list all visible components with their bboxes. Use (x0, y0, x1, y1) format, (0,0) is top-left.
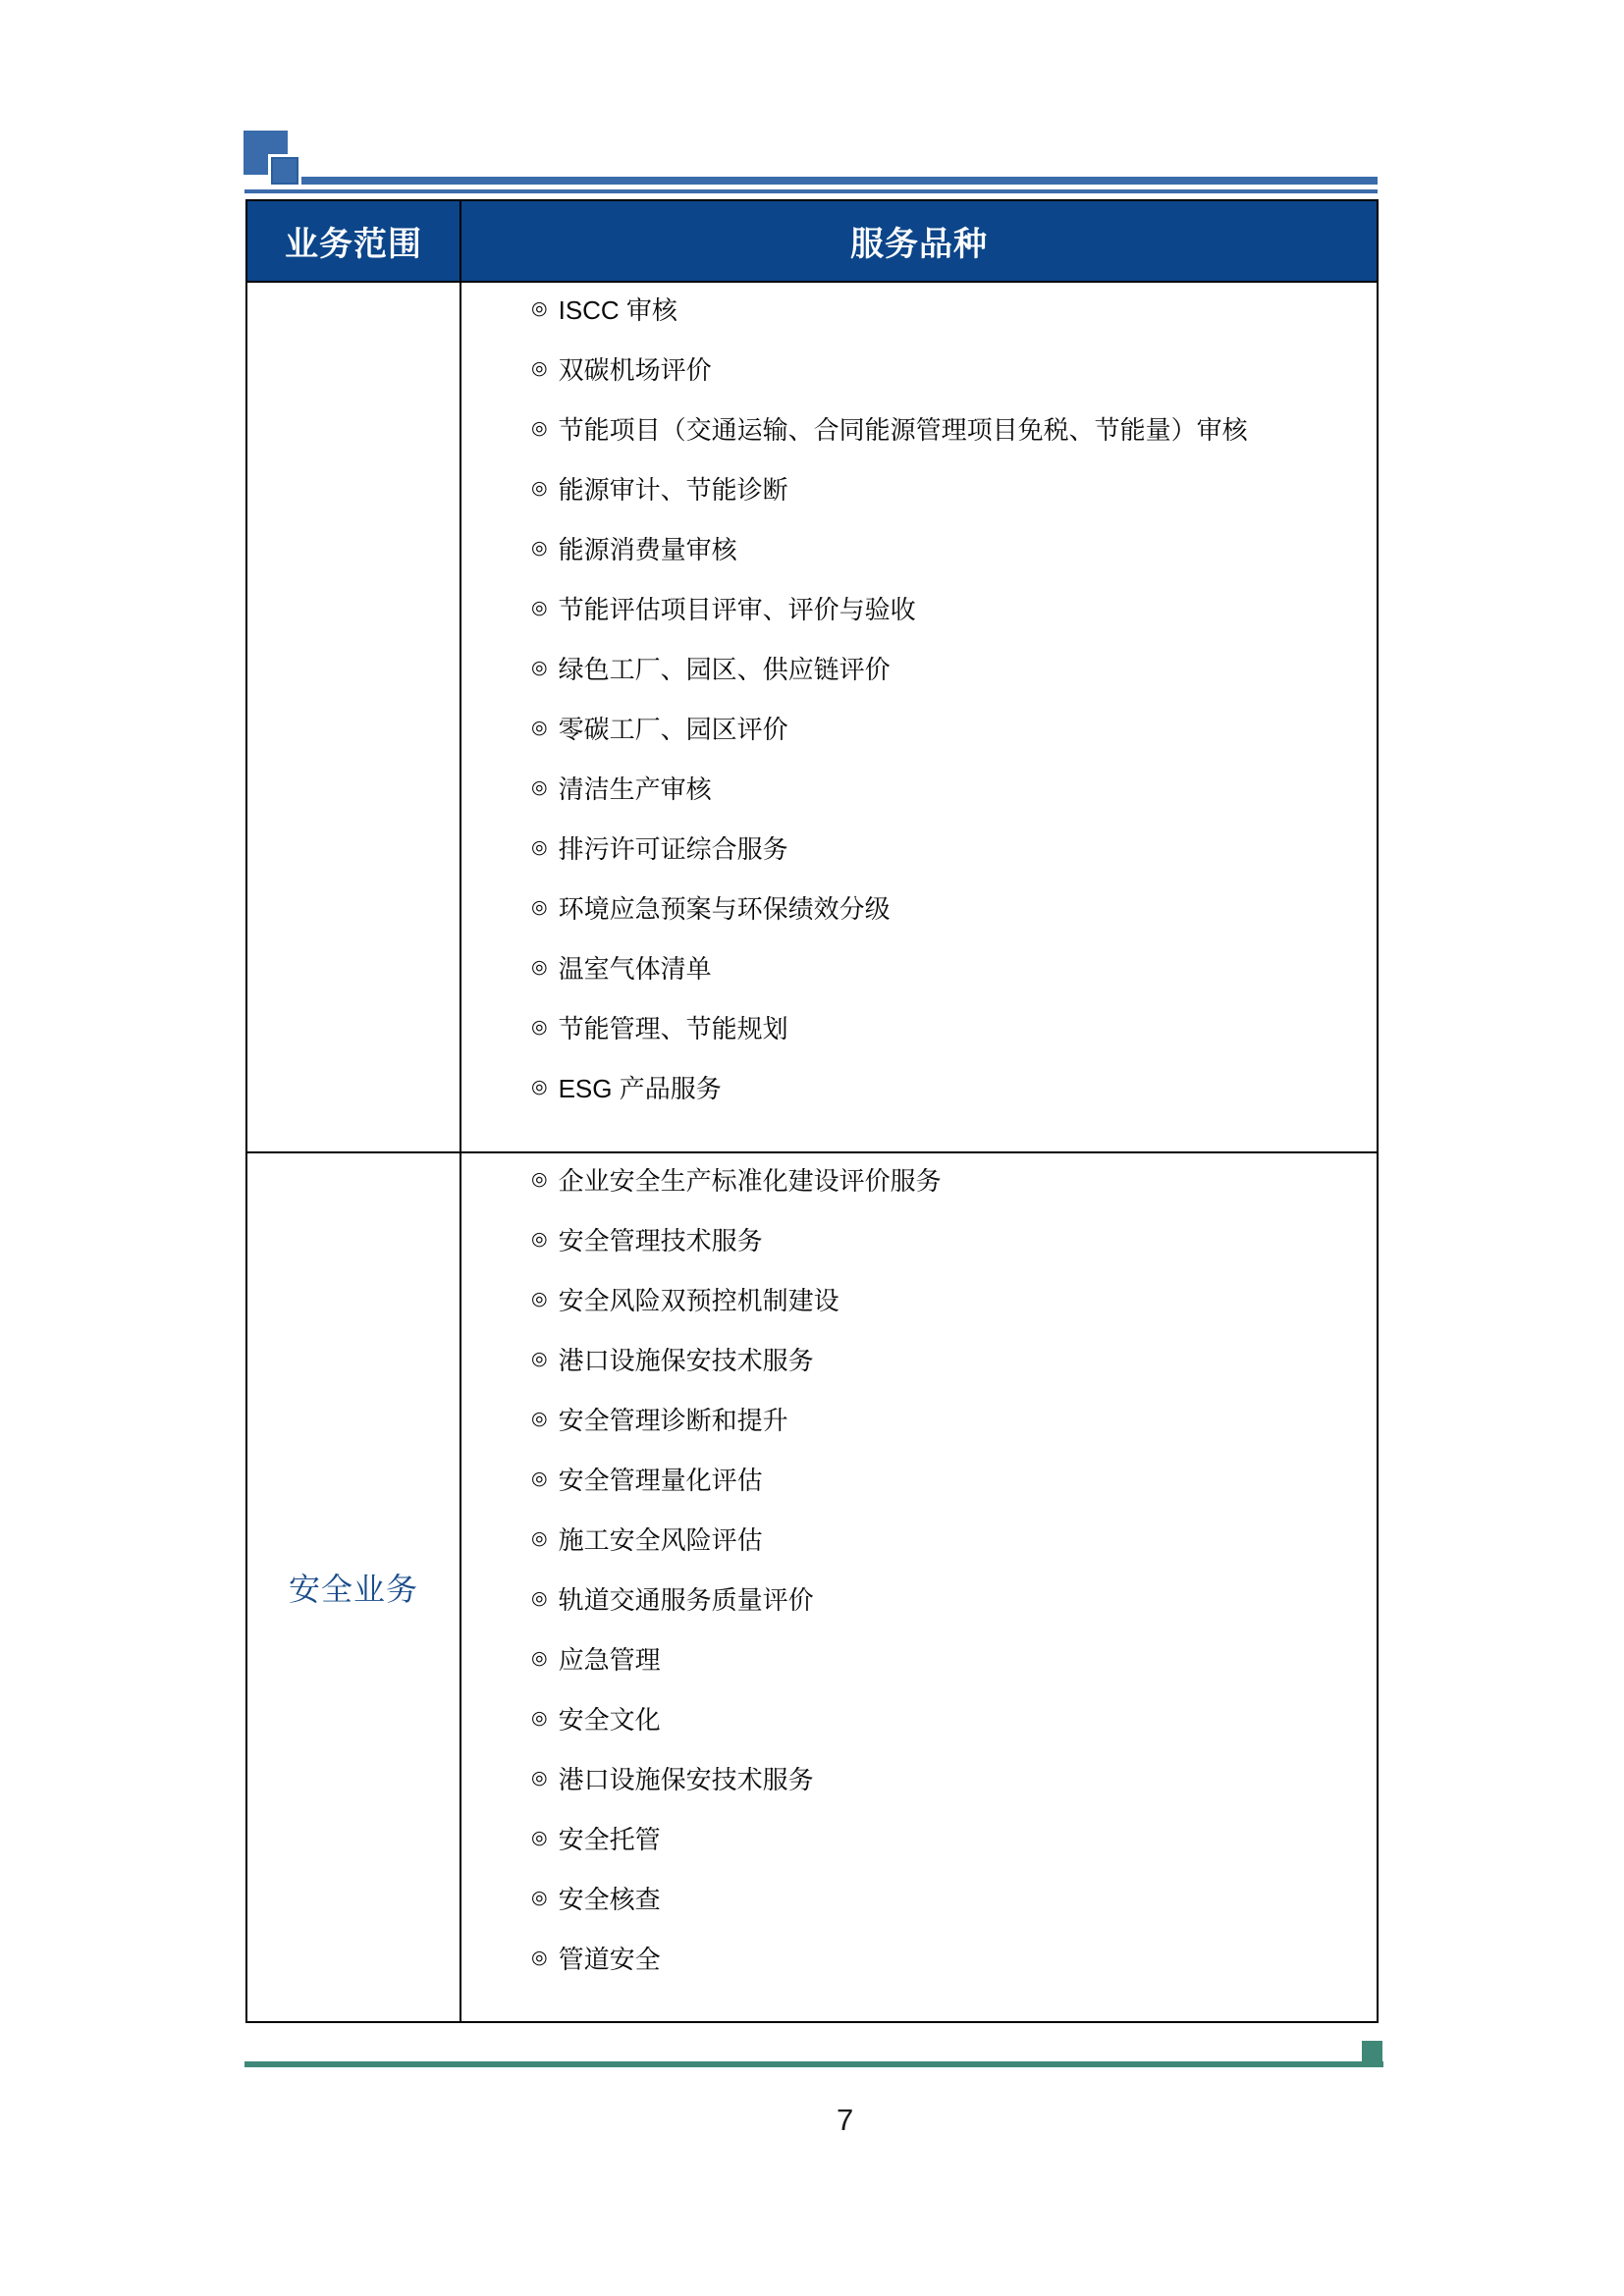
bullet-icon: ◎ (531, 475, 548, 502)
list-item-text: ISCC 审核 (559, 291, 677, 327)
bullet-icon: ◎ (531, 595, 548, 621)
list-item-text: 安全管理技术服务 (559, 1221, 763, 1257)
service-list-energy: ◎ ISCC 审核 ◎ 双碳机场评价 ◎ 节能项目（交通运输、合同能源管理项目免… (461, 283, 1377, 1151)
list-item: ◎ 清洁生产审核 (531, 774, 1367, 801)
list-item: ◎ 安全管理诊断和提升 (531, 1406, 1367, 1432)
list-item: ◎ 企业安全生产标准化建设评价服务 (531, 1166, 1367, 1193)
header-service-type: 服务品种 (461, 201, 1377, 281)
bullet-icon: ◎ (531, 1765, 548, 1791)
service-list-safety: ◎ 企业安全生产标准化建设评价服务 ◎ 安全管理技术服务 ◎ 安全风险双预控机制… (461, 1153, 1377, 2021)
list-item: ◎ 安全文化 (531, 1705, 1367, 1732)
list-item-text: 港口设施保安技术服务 (559, 1341, 814, 1377)
list-item: ◎ 港口设施保安技术服务 (531, 1765, 1367, 1791)
list-item-text: 双碳机场评价 (559, 350, 712, 387)
list-item: ◎ 双碳机场评价 (531, 355, 1367, 382)
list-item: ◎ 港口设施保安技术服务 (531, 1346, 1367, 1372)
bullet-icon: ◎ (531, 295, 548, 322)
services-table: 业务范围 服务品种 ◎ ISCC 审核 ◎ 双碳机场评价 (245, 199, 1379, 2023)
list-item: ◎ 绿色工厂、园区、供应链评价 (531, 655, 1367, 681)
list-item: ◎ 安全核查 (531, 1885, 1367, 1911)
list-item-text: 管道安全 (559, 1940, 661, 1976)
bullet-icon: ◎ (531, 1406, 548, 1432)
list-item-text: 绿色工厂、园区、供应链评价 (559, 650, 891, 686)
list-item: ◎ 安全风险双预控机制建设 (531, 1286, 1367, 1312)
list-item: ◎ 能源消费量审核 (531, 535, 1367, 561)
bullet-icon: ◎ (531, 1286, 548, 1312)
list-item: ◎ 节能项目（交通运输、合同能源管理项目免税、节能量）审核 (531, 415, 1367, 442)
bullet-icon: ◎ (531, 1346, 548, 1372)
bullet-icon: ◎ (531, 655, 548, 681)
list-item-text: 能源审计、节能诊断 (559, 470, 788, 507)
bullet-icon: ◎ (531, 1585, 548, 1612)
list-item-text: 安全托管 (559, 1820, 661, 1856)
list-item: ◎ 安全管理技术服务 (531, 1226, 1367, 1253)
table-row-safety: 安全业务 ◎ 企业安全生产标准化建设评价服务 ◎ 安全管理技术服务 ◎ (247, 1153, 1377, 2021)
list-item-text: 环境应急预案与环保绩效分级 (559, 889, 891, 926)
list-item-text: 零碳工厂、园区评价 (559, 710, 788, 746)
list-item: ◎ 安全管理量化评估 (531, 1466, 1367, 1492)
list-item-text: 施工安全风险评估 (559, 1521, 763, 1557)
bullet-icon: ◎ (531, 1074, 548, 1100)
list-item-text: 安全管理诊断和提升 (559, 1401, 788, 1437)
scope-cell-safety: 安全业务 (247, 1153, 461, 2021)
list-item: ◎ ESG 产品服务 (531, 1074, 1367, 1100)
bullet-icon: ◎ (531, 1645, 548, 1672)
list-item: ◎ 应急管理 (531, 1645, 1367, 1672)
bullet-icon: ◎ (531, 1226, 548, 1253)
list-item: ◎ 安全托管 (531, 1825, 1367, 1851)
footer-rule (244, 2061, 1383, 2067)
list-item-text: 温室气体清单 (559, 949, 712, 986)
list-item: ◎ 环境应急预案与环保绩效分级 (531, 894, 1367, 921)
list-item-text: 安全风险双预控机制建设 (559, 1281, 839, 1317)
bullet-icon: ◎ (531, 715, 548, 741)
bullet-icon: ◎ (531, 355, 548, 382)
bullet-icon: ◎ (531, 1825, 548, 1851)
list-item: ◎ 温室气体清单 (531, 954, 1367, 981)
list-item-text: 企业安全生产标准化建设评价服务 (559, 1161, 942, 1198)
list-item-text: 节能评估项目评审、评价与验收 (559, 590, 916, 626)
list-item-text: 节能管理、节能规划 (559, 1009, 788, 1045)
bullet-icon: ◎ (531, 415, 548, 442)
bullet-icon: ◎ (531, 1705, 548, 1732)
bullet-icon: ◎ (531, 834, 548, 861)
bullet-icon: ◎ (531, 535, 548, 561)
bullet-icon: ◎ (531, 1166, 548, 1193)
list-item-text: 港口设施保安技术服务 (559, 1760, 814, 1796)
list-item: ◎ 能源审计、节能诊断 (531, 475, 1367, 502)
bullet-icon: ◎ (531, 1014, 548, 1041)
bullet-icon: ◎ (531, 774, 548, 801)
document-page: 业务范围 服务品种 ◎ ISCC 审核 ◎ 双碳机场评价 (0, 0, 1624, 2296)
list-item: ◎ 节能管理、节能规划 (531, 1014, 1367, 1041)
list-item-text: 应急管理 (559, 1640, 661, 1677)
list-item-text: 能源消费量审核 (559, 530, 737, 566)
list-item-text: 轨道交通服务质量评价 (559, 1580, 814, 1617)
list-item: ◎ 节能评估项目评审、评价与验收 (531, 595, 1367, 621)
decor-square-small (271, 157, 298, 185)
bullet-icon: ◎ (531, 1466, 548, 1492)
bullet-icon: ◎ (531, 954, 548, 981)
list-item: ◎ 排污许可证综合服务 (531, 834, 1367, 861)
list-item-text: 安全核查 (559, 1880, 661, 1916)
decor-line-thick (287, 177, 1378, 185)
bullet-icon: ◎ (531, 1525, 548, 1552)
list-item: ◎ ISCC 审核 (531, 295, 1367, 322)
list-item: ◎ 施工安全风险评估 (531, 1525, 1367, 1552)
scope-cell-empty (247, 283, 461, 1151)
bullet-icon: ◎ (531, 1945, 548, 1971)
table-row-energy-environment: ◎ ISCC 审核 ◎ 双碳机场评价 ◎ 节能项目（交通运输、合同能源管理项目免… (247, 283, 1377, 1153)
bullet-icon: ◎ (531, 894, 548, 921)
list-item: ◎ 零碳工厂、园区评价 (531, 715, 1367, 741)
header-business-scope: 业务范围 (247, 201, 461, 281)
list-item-text: 节能项目（交通运输、合同能源管理项目免税、节能量）审核 (559, 410, 1248, 447)
list-item-text: 安全文化 (559, 1700, 661, 1736)
footer-square (1362, 2041, 1382, 2062)
list-item-text: 清洁生产审核 (559, 770, 712, 806)
list-item: ◎ 管道安全 (531, 1945, 1367, 1971)
table-header-row: 业务范围 服务品种 (247, 201, 1377, 283)
list-item-text: ESG 产品服务 (559, 1069, 722, 1105)
decor-line-thin (244, 189, 1378, 193)
list-item-text: 安全管理量化评估 (559, 1461, 763, 1497)
page-number: 7 (837, 2103, 853, 2138)
list-item-text: 排污许可证综合服务 (559, 829, 788, 866)
list-item: ◎ 轨道交通服务质量评价 (531, 1585, 1367, 1612)
bullet-icon: ◎ (531, 1885, 548, 1911)
